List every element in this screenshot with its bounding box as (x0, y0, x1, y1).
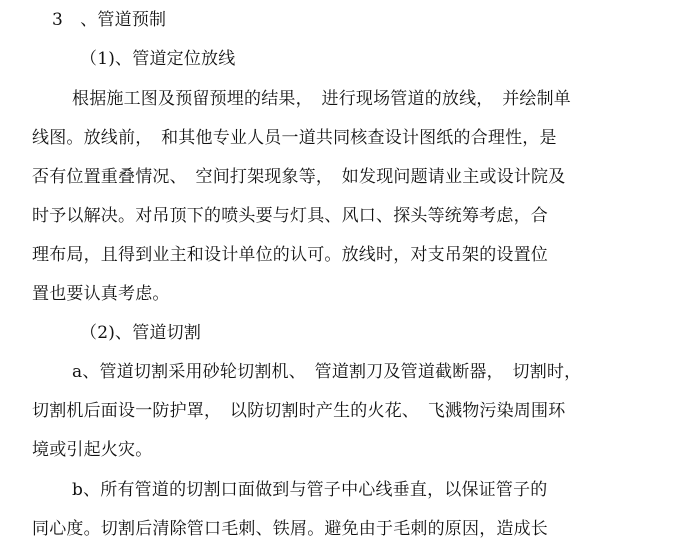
paragraph-line: 置也要认真考虑。 (32, 283, 170, 305)
paragraph-line: 时予以解决。对吊顶下的喷头要与灯具、风口、探头等统筹考虑，合 (32, 205, 548, 227)
subsection-heading-1: （1)、管道定位放线 (80, 48, 235, 70)
paragraph-line: 境或引起火灾。 (32, 439, 152, 461)
paragraph-line: 根据施工图及预留预埋的结果， 进行现场管道的放线， 并绘制单 (72, 88, 571, 110)
paragraph-line: 线图。放线前， 和其他专业人员一道共同核查设计图纸的合理性，是 (32, 127, 557, 149)
paragraph-line: 同心度。切割后清除管口毛刺、铁屑。避免由于毛刺的原因，造成长 (32, 518, 548, 540)
paragraph-line: 切割机后面设一防护罩， 以防切割时产生的火花、 飞溅物污染周围环 (32, 400, 565, 422)
section-heading: 3 、管道预制 (52, 9, 166, 31)
paragraph-line: b、所有管道的切割口面做到与管子中心线垂直，以保证管子的 (72, 479, 547, 501)
paragraph-line: 否有位置重叠情况、 空间打架现象等， 如发现问题请业主或设计院及 (32, 166, 565, 188)
paragraph-line: a、管道切割采用砂轮切割机、 管道割刀及管道截断器， 切割时， (72, 361, 581, 383)
subsection-heading-2: （2)、管道切割 (80, 322, 201, 344)
paragraph-line: 理布局，且得到业主和设计单位的认可。放线时，对支吊架的设置位 (32, 244, 548, 266)
